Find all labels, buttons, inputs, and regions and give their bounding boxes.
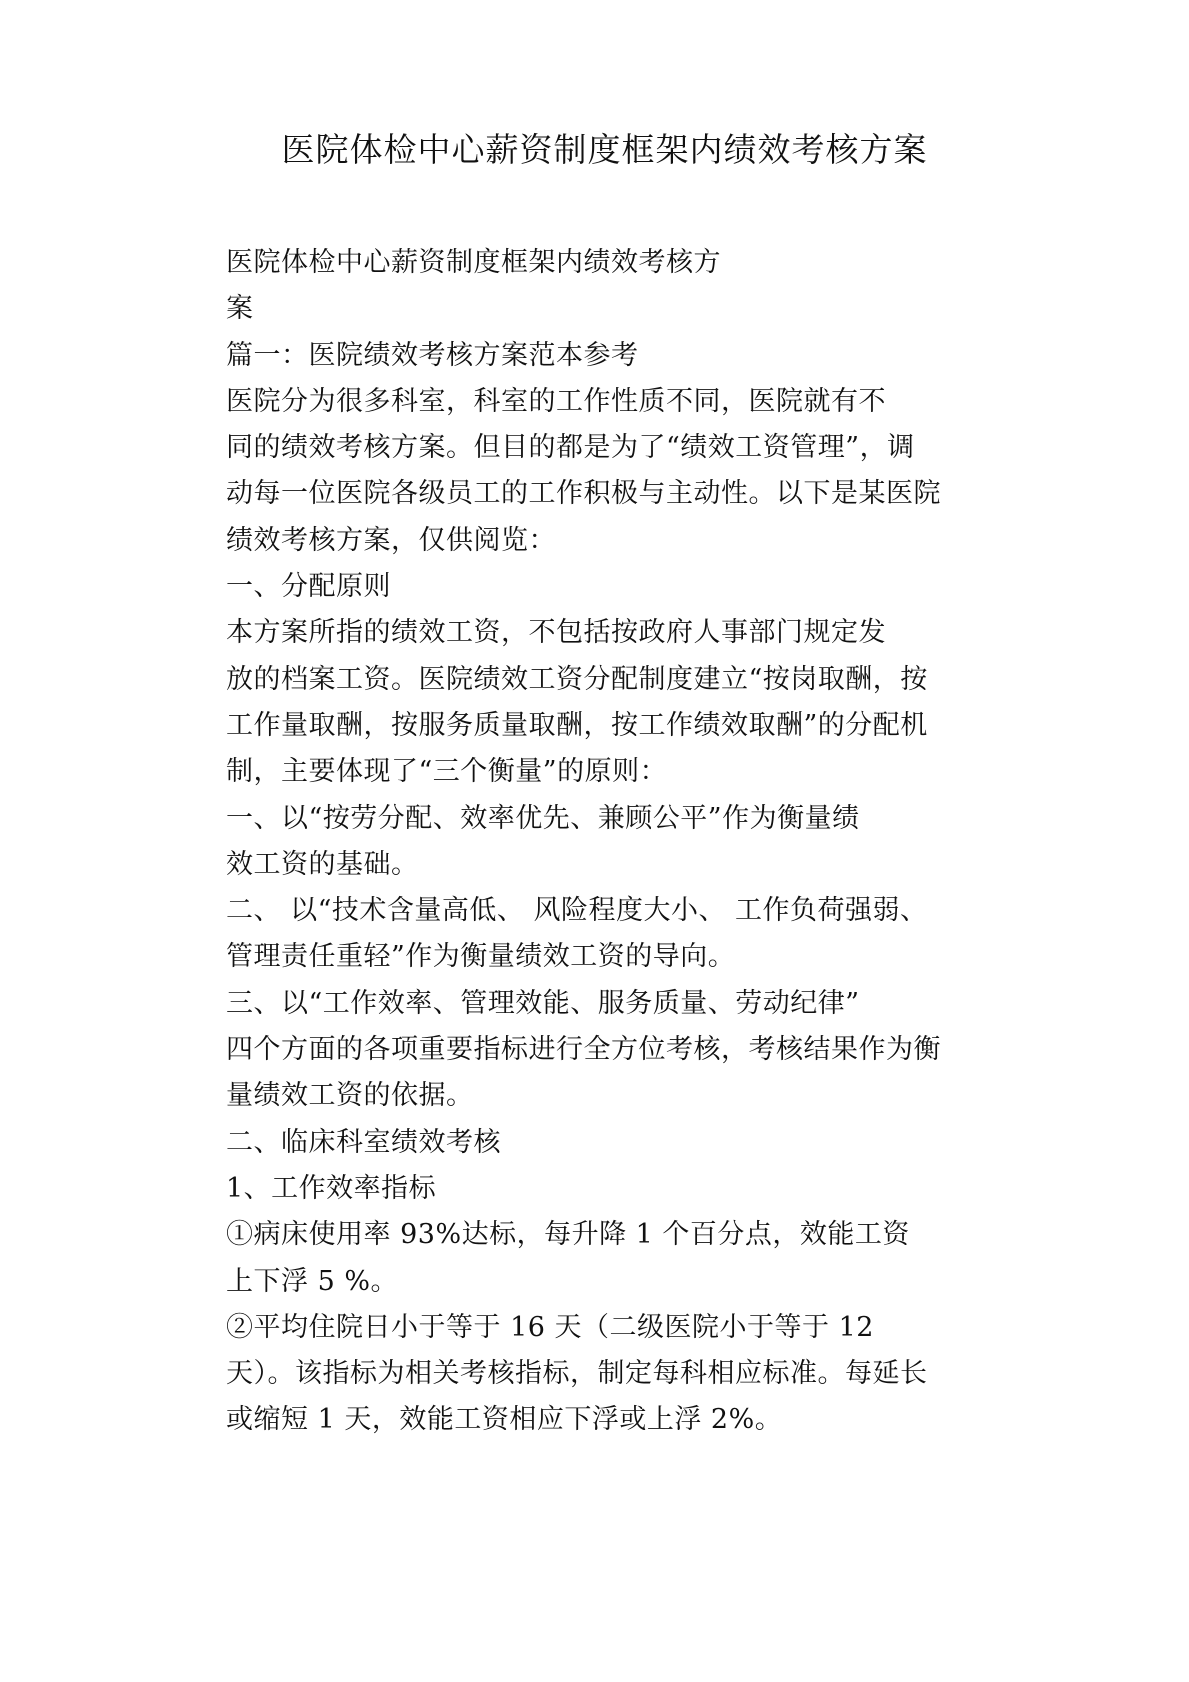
body-line: 效工资的基础。: [226, 842, 966, 888]
body-line: 绩效考核方案，仅供阅览：: [226, 518, 966, 564]
list-item-principle-1: 一、以“按劳分配、效率优先、兼顾公平”作为衡量绩: [226, 796, 966, 842]
body-line-title-part2: 案: [226, 286, 966, 332]
body-line: 量绩效工资的依据。: [226, 1073, 966, 1119]
body-line: 同的绩效考核方案。但目的都是为了“绩效工资管理”，调: [226, 425, 966, 471]
body-line: 医院分为很多科室，科室的工作性质不同，医院就有不: [226, 379, 966, 425]
document-body: 医院体检中心薪资制度框架内绩效考核方 案 篇一：医院绩效考核方案范本参考 医院分…: [226, 240, 966, 1444]
section-heading-part-one: 篇一：医院绩效考核方案范本参考: [226, 333, 966, 379]
list-item-bed-usage: ①病床使用率 93%达标，每升降 1 个百分点，效能工资: [226, 1212, 966, 1258]
body-line: 管理责任重轻”作为衡量绩效工资的导向。: [226, 934, 966, 980]
document-title: 医院体检中心薪资制度框架内绩效考核方案: [0, 130, 1189, 170]
list-item-principle-3: 三、以“工作效率、管理效能、服务质量、劳动纪律”: [226, 981, 966, 1027]
body-line-title-part1: 医院体检中心薪资制度框架内绩效考核方: [226, 240, 966, 286]
body-line: 上下浮 5 %。: [226, 1259, 966, 1305]
body-line: 四个方面的各项重要指标进行全方位考核，考核结果作为衡: [226, 1027, 966, 1073]
section-heading-distribution-principle: 一、分配原则: [226, 564, 966, 610]
body-line: 工作量取酬，按服务质量取酬，按工作绩效取酬”的分配机: [226, 703, 966, 749]
subsection-heading-efficiency-indicators: 1、工作效率指标: [226, 1166, 966, 1212]
section-heading-clinical-assessment: 二、临床科室绩效考核: [226, 1120, 966, 1166]
body-line: 制，主要体现了“三个衡量”的原则：: [226, 749, 966, 795]
document-page: 医院体检中心薪资制度框架内绩效考核方案 医院体检中心薪资制度框架内绩效考核方 案…: [0, 0, 1189, 1682]
body-line: 天）。该指标为相关考核指标，制定每科相应标准。每延长: [226, 1351, 966, 1397]
body-line: 本方案所指的绩效工资，不包括按政府人事部门规定发: [226, 610, 966, 656]
body-line: 动每一位医院各级员工的工作积极与主动性。以下是某医院: [226, 471, 966, 517]
body-line: 放的档案工资。医院绩效工资分配制度建立“按岗取酬，按: [226, 657, 966, 703]
body-line: 或缩短 1 天，效能工资相应下浮或上浮 2%。: [226, 1397, 966, 1443]
list-item-average-stay: ②平均住院日小于等于 16 天（二级医院小于等于 12: [226, 1305, 966, 1351]
list-item-principle-2: 二、 以“技术含量高低、 风险程度大小、 工作负荷强弱、: [226, 888, 966, 934]
